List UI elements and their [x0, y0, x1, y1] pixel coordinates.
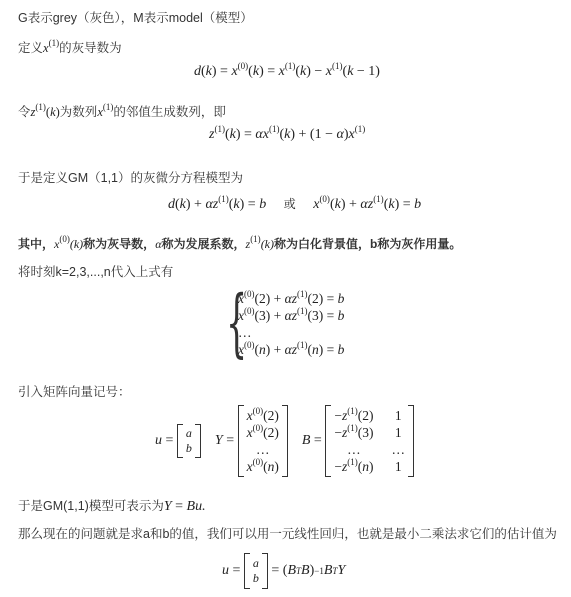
matrix-Y: x(0)(2) x(0)(2) … x(0)(n) [238, 405, 288, 477]
matrix-notation-line: 引入矩阵向量记号： [18, 384, 131, 400]
matrix-u: ab [177, 424, 201, 458]
equation-grey-derivative: d(k) = x(0)(k) = x(1)(k) − x(1)(k − 1) [194, 63, 380, 81]
gm-definition-line: 于是定义GM（1,1）的灰微分方程模型为 [18, 170, 243, 186]
equation-system: { x(0)(2) + αz(1)(2) = b x(0)(3) + αz(1)… [226, 290, 344, 358]
equation-gm11: d(k) + αz(1)(k) = b 或 x(0)(k) + αz(1)(k)… [168, 195, 421, 214]
matrix-B: −z(1)(2)1 −z(1)(3)1 …… −z(1)(n)1 [325, 405, 414, 477]
least-squares-line: 那么现在的问题就是求a和b的值，我们可以用一元线性回归，也就是最小二乘法求它们的… [18, 526, 557, 542]
matrix-definitions: u = ab Y = x(0)(2) x(0)(2) … x(0)(n) B =… [155, 404, 414, 478]
substitution-line: 将时刻k=2,3,...,n代入上式有 [18, 264, 173, 280]
definition-line: 定义x(1)的灰导数为 [18, 40, 122, 56]
equation-least-squares: u = ab = (BTB)−1BTY [222, 551, 345, 591]
intro-line: G表示grey（灰色），M表示model（模型） [18, 10, 253, 26]
left-brace: { [226, 288, 231, 358]
neighbor-line: 令z(1)(k)为数列x(1)的邻值生成数列，即 [18, 104, 226, 120]
model-form-line: 于是GM(1,1)模型可表示为Y = Bu. [18, 498, 206, 515]
math-x1: x(1) [43, 41, 59, 55]
explanation-line: 其中，x(0)(k)称为灰导数，α称为发展系数，z(1)(k)称为白化背景值，b… [18, 236, 461, 252]
matrix-u-estimate: ab [244, 553, 268, 589]
equation-neighbor-mean: z(1)(k) = αx(1)(k) + (1 − α)x(1) [209, 126, 365, 144]
